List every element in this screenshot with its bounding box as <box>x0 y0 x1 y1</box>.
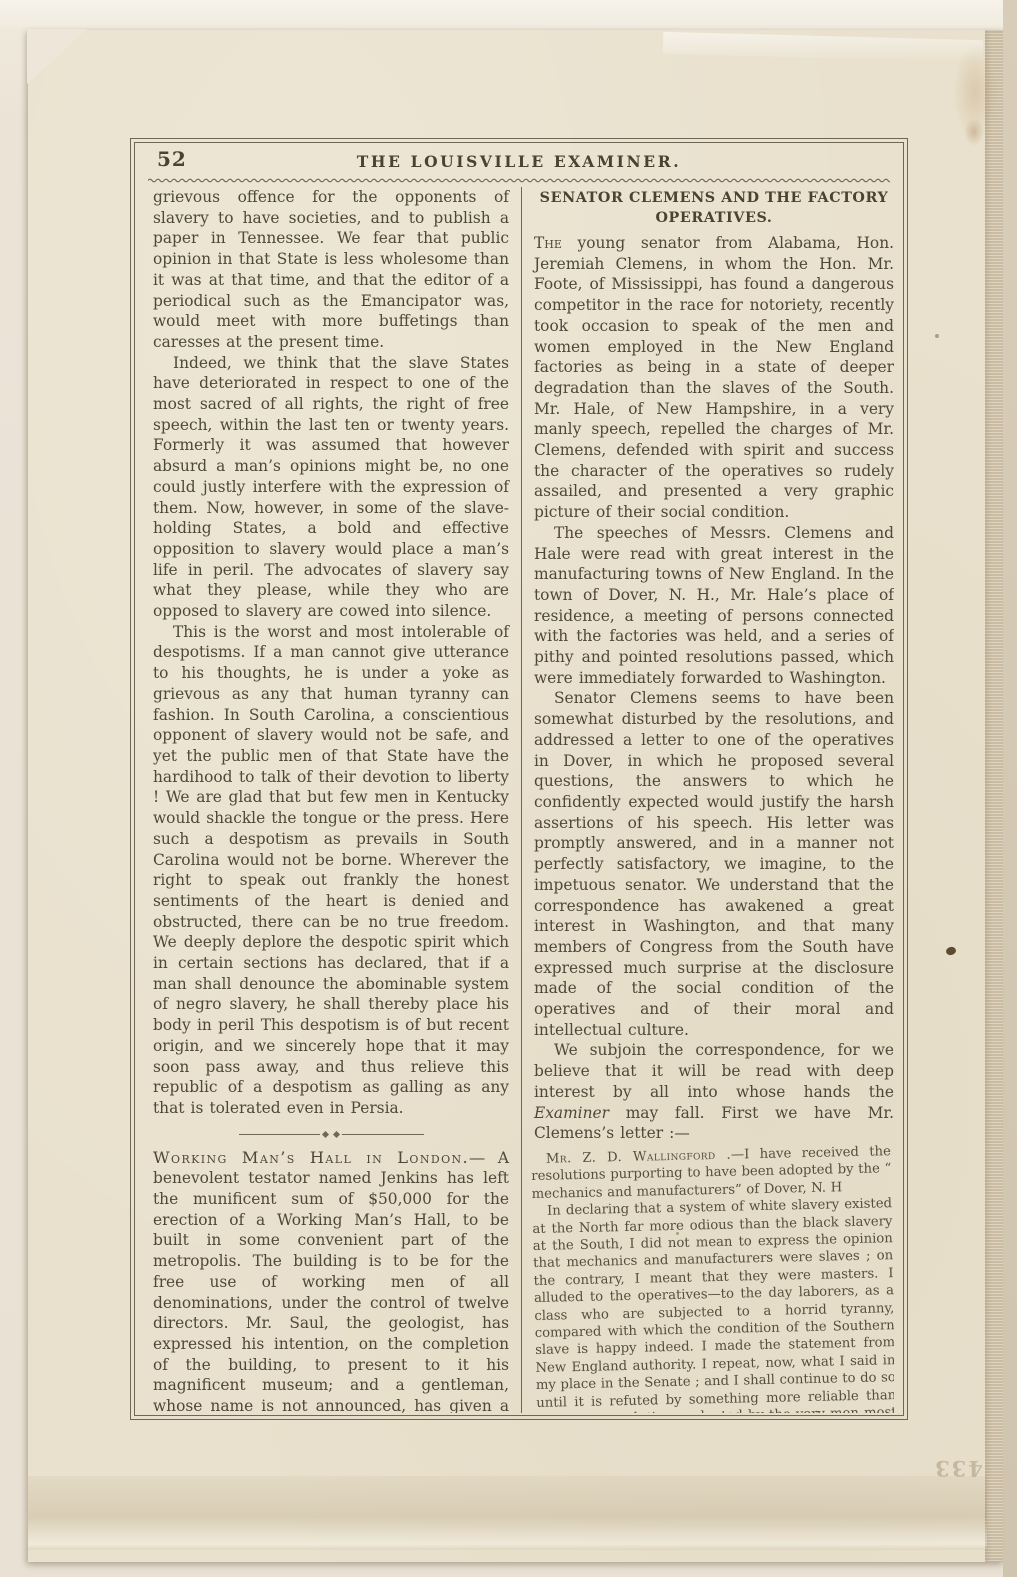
article-paragraph: We subjoin the correspondence, for we be… <box>534 1040 894 1144</box>
scanner-background-right <box>1003 0 1017 1577</box>
article-paragraph: This is the worst and most intolerable o… <box>153 622 509 1119</box>
fold-crease-bottom <box>28 1476 987 1550</box>
scanner-background-top <box>0 0 1017 28</box>
letter-salutation: Mr. Z. D. Wallingford . <box>546 1148 731 1167</box>
fold-highlight-top <box>663 32 983 62</box>
left-column: grievous offence for the opponents of sl… <box>153 187 521 1413</box>
news-item-body: A benevolent testator named Jenkins has … <box>153 1149 509 1413</box>
stain <box>964 118 984 146</box>
diamond-icon <box>333 1131 340 1138</box>
article-paragraph: The speeches of Messrs. Clemens and Hale… <box>534 523 894 689</box>
masthead-title: THE LOUISVILLE EXAMINER. <box>131 152 907 171</box>
ink-spot <box>935 334 939 338</box>
section-divider-ornament <box>239 1132 424 1137</box>
article-paragraph: The young senator from Alabama, Hon. Jer… <box>534 233 894 523</box>
bleed-through-number: 433 <box>926 1456 990 1481</box>
torn-corner <box>27 29 87 84</box>
scanned-newspaper-page: { "page": { "number": "52", "masthead": … <box>0 0 1017 1577</box>
ornament-line <box>239 1134 321 1135</box>
examiner-italic: Examiner <box>534 1104 609 1122</box>
ink-spot <box>676 1232 679 1235</box>
headline-line: OPERATIVES. <box>534 208 894 228</box>
newspaper-page: 52 THE LOUISVILLE EXAMINER. grievous off… <box>28 30 1003 1562</box>
paragraph-body: We subjoin the correspondence, for we be… <box>534 1041 894 1100</box>
article-paragraph: Indeed, we think that the slave States h… <box>153 353 509 622</box>
right-column: SENATOR CLEMENS AND THE FACTORY OPERATIV… <box>521 187 894 1413</box>
page-border-frame: 52 THE LOUISVILLE EXAMINER. grievous off… <box>130 138 908 1420</box>
article-paragraph: grievous offence for the opponents of sl… <box>153 187 509 353</box>
letter-opening: Mr. Z. D. Wallingford .—I have received … <box>531 1143 892 1203</box>
ornament-line <box>342 1134 424 1135</box>
clemens-letter: Mr. Z. D. Wallingford .—I have received … <box>531 1143 894 1413</box>
headline-line: SENATOR CLEMENS AND THE FACTORY <box>534 188 894 208</box>
article-columns: grievous offence for the opponents of sl… <box>153 187 894 1413</box>
article-paragraph: Senator Clemens seems to have been somew… <box>534 688 894 1040</box>
paragraph-body: young senator from Alabama, Hon. Jeremia… <box>534 234 894 521</box>
news-item: Working Man’s Hall in London.— A benevol… <box>153 1148 509 1413</box>
page-header: 52 THE LOUISVILLE EXAMINER. <box>131 142 907 182</box>
news-item-lead: Working Man’s Hall in London.— <box>153 1148 487 1167</box>
letter-paragraph: In declaring that a system of white slav… <box>532 1195 894 1413</box>
article-headline: SENATOR CLEMENS AND THE FACTORY OPERATIV… <box>534 188 894 228</box>
wavy-rule-divider <box>148 177 890 184</box>
diamond-icon <box>322 1131 329 1138</box>
paragraph-lead: The <box>534 234 562 252</box>
page-edge-texture <box>985 30 1003 1562</box>
